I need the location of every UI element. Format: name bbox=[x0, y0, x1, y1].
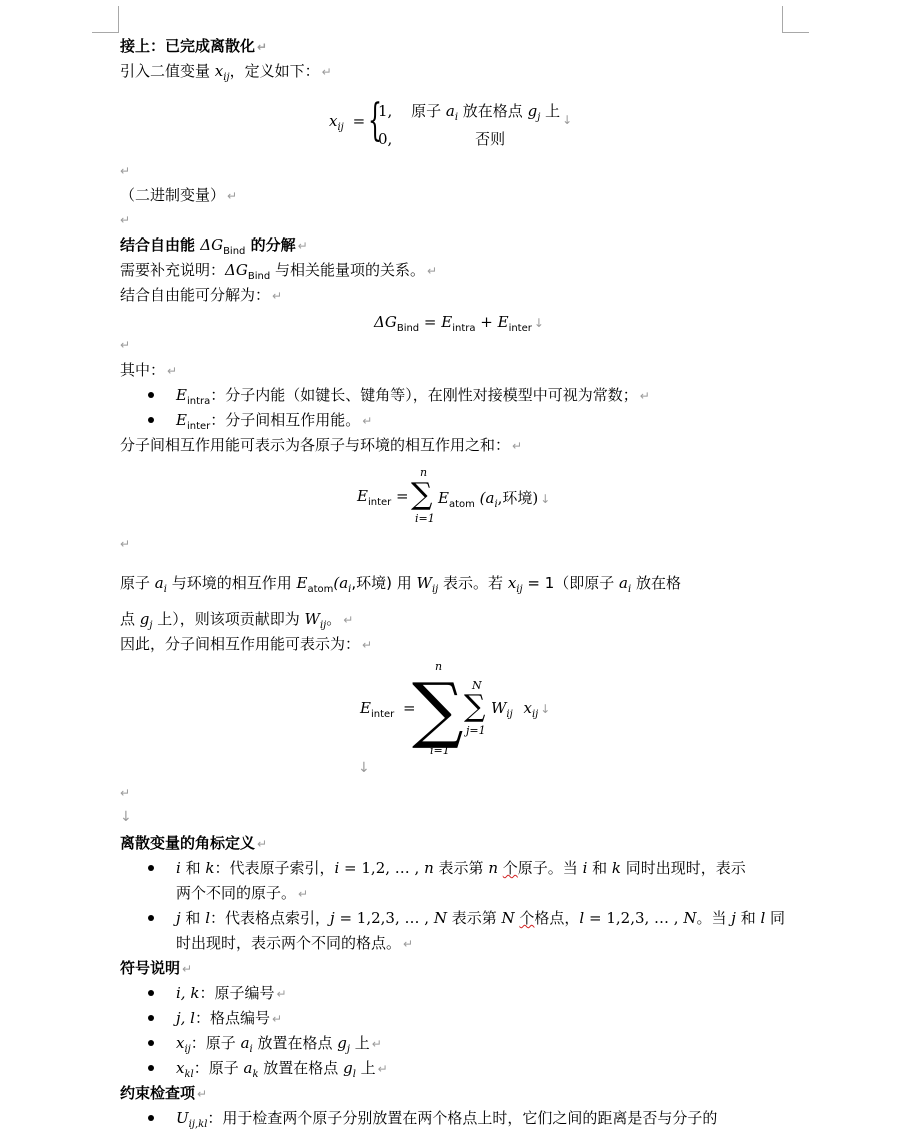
bullet-icon bbox=[148, 1115, 154, 1121]
bullet-icon bbox=[148, 1065, 154, 1071]
paragraph-mark-icon: ↵ bbox=[298, 887, 308, 901]
text: 否则 bbox=[475, 130, 505, 148]
math-var: U bbox=[176, 1109, 189, 1127]
math-var: i, k bbox=[176, 984, 199, 1002]
math-var: E bbox=[357, 487, 368, 505]
math-var: E bbox=[441, 313, 452, 331]
text: 原子。当 bbox=[518, 859, 583, 877]
where-label: 其中：↵ bbox=[120, 360, 177, 380]
text: 原子 bbox=[411, 102, 446, 120]
text: ：格点编号 bbox=[195, 1009, 270, 1027]
math-var: g bbox=[140, 610, 150, 628]
math-sub: Bind bbox=[397, 323, 419, 334]
paragraph-mark-icon: ↵ bbox=[257, 837, 267, 851]
paragraph-mark-icon: ↵ bbox=[272, 1012, 282, 1026]
math-var: a bbox=[155, 574, 164, 592]
line-break-only: ↓ bbox=[120, 806, 132, 826]
math-sub: inter bbox=[509, 323, 532, 334]
math-text: = 1,2,3, … , bbox=[335, 909, 434, 927]
page-corner-mark-top-right bbox=[782, 6, 809, 33]
math-var: ΔG bbox=[225, 261, 248, 279]
paragraph-mark-icon: ↵ bbox=[257, 40, 267, 54]
math-sub: atom bbox=[449, 499, 475, 510]
math-var: n bbox=[424, 859, 434, 877]
math-var: g bbox=[343, 1059, 353, 1077]
math-var: E bbox=[438, 489, 449, 507]
math-var: N bbox=[434, 909, 447, 927]
spellcheck-flagged-text: 个 bbox=[503, 859, 518, 877]
text: = 1（即原子 bbox=[523, 574, 619, 592]
paragraph-mark-icon: ↵ bbox=[640, 389, 650, 403]
heading-index-definition: 离散变量的角标定义↵ bbox=[120, 833, 267, 853]
paragraph-mark-icon: ↵ bbox=[197, 1087, 207, 1101]
math-var: x bbox=[508, 574, 516, 592]
paragraph-mark-icon: ↵ bbox=[403, 937, 413, 951]
paragraph-mark-icon: ↵ bbox=[276, 987, 286, 1001]
paragraph-mark-icon: ↵ bbox=[362, 414, 372, 428]
text: 放置在格点 bbox=[259, 1059, 344, 1077]
cases-row-1: 1, 原子 ai 放在格点 gj 上↓ bbox=[378, 100, 572, 127]
paragraph-mark-icon: ↵ bbox=[120, 213, 130, 227]
line-break-glyph: ↓ bbox=[358, 760, 370, 776]
sum-lower-limit: i=1 bbox=[415, 512, 435, 525]
supplement-paragraph: 需要补充说明：ΔGBind 与相关能量项的关系。↵ bbox=[120, 260, 437, 280]
paragraph-mark-icon: ↵ bbox=[120, 338, 130, 352]
bullet-icon bbox=[148, 392, 154, 398]
math-text: = 1,2, … , bbox=[339, 859, 424, 877]
equals-sign: = bbox=[353, 112, 366, 130]
bullet-icon bbox=[148, 865, 154, 871]
math-sub: Bind bbox=[248, 271, 270, 282]
text: 需要补充说明： bbox=[120, 261, 225, 279]
math-sub: intra bbox=[452, 323, 475, 334]
text: 表示。若 bbox=[438, 574, 508, 592]
text: ：代表格点索引， bbox=[210, 909, 330, 927]
heading-discretization: 接上：已完成离散化↵ bbox=[120, 36, 267, 56]
text: 离散变量的角标定义 bbox=[120, 834, 255, 852]
math-var: E bbox=[360, 699, 371, 717]
math-var: g bbox=[528, 102, 538, 120]
binary-note: （二进制变量）↵ bbox=[120, 185, 237, 205]
text: 上 bbox=[350, 1034, 370, 1052]
atom-interaction-paragraph-line2: 点 gj 上），则该项贡献即为 Wij。↵ bbox=[120, 609, 353, 629]
text: 引入二值变量 bbox=[120, 62, 215, 80]
math-var: N bbox=[683, 909, 696, 927]
math-args: (a bbox=[480, 489, 495, 507]
math-var: a bbox=[619, 574, 628, 592]
math-args: ,环境) bbox=[498, 489, 539, 507]
case-value: 0, bbox=[378, 130, 392, 148]
text: ：代表原子索引， bbox=[214, 859, 334, 877]
paragraph-mark-icon: ↵ bbox=[298, 239, 308, 253]
math-var: E bbox=[176, 386, 187, 404]
cases-row-2: 0, 否则 bbox=[378, 128, 505, 149]
large-summation-icon: ∑ bbox=[412, 673, 463, 745]
math-sub: kl bbox=[184, 1069, 193, 1080]
text: 放置在格点 bbox=[253, 1034, 338, 1052]
text: 同时出现时，表示 bbox=[621, 859, 746, 877]
list-item-grid-index-line1: j 和 l：代表格点索引，j = 1,2,3, … , N 表示第 N 个格点，… bbox=[176, 908, 785, 928]
math-var: ΔG bbox=[374, 313, 397, 331]
text: 上 bbox=[356, 1059, 376, 1077]
text: 。当 bbox=[696, 909, 731, 927]
paragraph-mark-icon: ↵ bbox=[120, 164, 130, 178]
text: 时出现时，表示两个不同的格点。 bbox=[176, 934, 401, 952]
line-break-icon: ↓ bbox=[540, 492, 550, 506]
equation-inter-term: Eatom (ai,环境)↓ bbox=[438, 487, 550, 510]
math-var: k bbox=[612, 859, 621, 877]
line-break-icon: ↓ bbox=[562, 113, 572, 127]
empty-paragraph: ↵ bbox=[120, 160, 130, 180]
math-sub: ij bbox=[532, 709, 538, 720]
math-sub: inter bbox=[187, 421, 210, 432]
case-value: 1, bbox=[378, 102, 392, 120]
empty-paragraph: ↵ bbox=[120, 782, 130, 802]
paragraph-mark-icon: ↵ bbox=[372, 1037, 382, 1051]
text: 表示第 bbox=[447, 909, 502, 927]
text: 点 bbox=[120, 610, 140, 628]
math-var: g bbox=[337, 1034, 347, 1052]
list-item-grid-index-line2: 时出现时，表示两个不同的格点。↵ bbox=[176, 933, 413, 953]
text: 原子 bbox=[120, 574, 155, 592]
text: ,环境) 用 bbox=[351, 574, 416, 592]
list-item-x-ij: xij：原子 ai 放置在格点 gj 上↵ bbox=[176, 1033, 382, 1053]
bullet-icon bbox=[148, 1015, 154, 1021]
line-break-icon: ↓ bbox=[120, 809, 132, 825]
text: 符号说明 bbox=[120, 959, 180, 977]
text: ：分子内能（如键长、键角等），在刚性对接模型中可视为常数； bbox=[210, 386, 638, 404]
bullet-icon bbox=[148, 1040, 154, 1046]
math-sub: Bind bbox=[223, 246, 245, 257]
equation-binding-decomposition: ΔGBind = Eintra + Einter↓ bbox=[374, 313, 544, 334]
empty-paragraph: ↵ bbox=[120, 209, 130, 229]
text: ：原子 bbox=[194, 1059, 244, 1077]
bullet-icon bbox=[148, 990, 154, 996]
math-sub: ij bbox=[506, 709, 512, 720]
list-item-atom-index-line2: 两个不同的原子。↵ bbox=[176, 883, 308, 903]
text: 约束检查项 bbox=[120, 1084, 195, 1102]
text: 放在格 bbox=[631, 574, 681, 592]
list-item-e-intra: Eintra：分子内能（如键长、键角等），在刚性对接模型中可视为常数；↵ bbox=[176, 385, 650, 405]
text: 格点， bbox=[534, 909, 579, 927]
heading-binding-energy: 结合自由能 ΔGBind 的分解↵ bbox=[120, 235, 308, 255]
math-args: (a bbox=[333, 574, 348, 592]
inner-sum-lower-limit: j=1 bbox=[466, 724, 486, 737]
math-var: W bbox=[417, 574, 432, 592]
math-sub: ij bbox=[337, 122, 343, 133]
list-item-atom-number: i, k：原子编号↵ bbox=[176, 983, 287, 1003]
math-sub: inter bbox=[371, 709, 394, 720]
text: ：用于检查两个原子分别放置在两个格点上时，它们之间的距离是否与分子的 bbox=[207, 1109, 717, 1127]
inter-sum-intro: 分子间相互作用能可表示为各原子与环境的相互作用之和：↵ bbox=[120, 435, 522, 455]
text: 和 bbox=[587, 859, 612, 877]
math-sub: inter bbox=[368, 497, 391, 508]
text: 两个不同的原子。 bbox=[176, 884, 296, 902]
cases-equation-lhs: xij = bbox=[329, 112, 365, 133]
text: ：原子编号 bbox=[199, 984, 274, 1002]
line-break-icon: ↓ bbox=[540, 702, 550, 716]
bullet-icon bbox=[148, 915, 154, 921]
text: 上 bbox=[540, 102, 560, 120]
text: ，定义如下： bbox=[230, 62, 320, 80]
list-item-grid-number: j, l：格点编号↵ bbox=[176, 1008, 282, 1028]
summation-icon: ∑ bbox=[411, 480, 432, 510]
page-corner-mark-top-left bbox=[92, 6, 119, 33]
paragraph-mark-icon: ↵ bbox=[227, 189, 237, 203]
intro-paragraph: 引入二值变量 xij，定义如下：↵ bbox=[120, 61, 332, 81]
text: 上），则该项贡献即为 bbox=[153, 610, 305, 628]
summation-icon: ∑ bbox=[464, 692, 485, 722]
empty-paragraph: ↵ bbox=[120, 334, 130, 354]
math-sub: atom bbox=[307, 584, 333, 595]
equals-sign: = bbox=[419, 313, 441, 331]
line-break-icon: ↓ bbox=[358, 758, 370, 776]
therefore-paragraph: 因此，分子间相互作用能可表示为：↵ bbox=[120, 634, 372, 654]
math-var: E bbox=[498, 313, 509, 331]
bullet-icon bbox=[148, 417, 154, 423]
text: （二进制变量） bbox=[120, 186, 225, 204]
math-var: a bbox=[446, 102, 455, 120]
paragraph-mark-icon: ↵ bbox=[362, 638, 372, 652]
math-sub: intra bbox=[187, 396, 210, 407]
paragraph-mark-icon: ↵ bbox=[322, 65, 332, 79]
paragraph-mark-icon: ↵ bbox=[272, 289, 282, 303]
list-item-x-kl: xkl：原子 ak 放置在格点 gl 上↵ bbox=[176, 1058, 388, 1078]
list-item-atom-index-line1: i 和 k：代表原子索引，i = 1,2, … , n 表示第 n 个原子。当 … bbox=[176, 858, 746, 878]
math-var: n bbox=[488, 859, 498, 877]
atom-interaction-paragraph-line1: 原子 ai 与环境的相互作用 Eatom(ai,环境) 用 Wij 表示。若 x… bbox=[120, 573, 681, 593]
math-var: W bbox=[491, 699, 506, 717]
math-sub: ij,kl bbox=[189, 1119, 208, 1130]
equation-double-sum-lhs: Einter = bbox=[360, 699, 416, 720]
text: 结合自由能 bbox=[120, 236, 200, 254]
text: ：分子间相互作用能。 bbox=[210, 411, 360, 429]
text: 因此，分子间相互作用能可表示为： bbox=[120, 635, 360, 653]
text: 放在格点 bbox=[458, 102, 528, 120]
equation-double-sum-term: Wij xij↓ bbox=[491, 699, 550, 720]
text: 表示第 bbox=[434, 859, 489, 877]
heading-constraint-check: 约束检查项↵ bbox=[120, 1083, 207, 1103]
paragraph-mark-icon: ↵ bbox=[512, 439, 522, 453]
text: 和 bbox=[181, 909, 206, 927]
math-var: x bbox=[524, 699, 532, 717]
paragraph-mark-icon: ↵ bbox=[182, 962, 192, 976]
paragraph-mark-icon: ↵ bbox=[120, 786, 130, 800]
text: 其中： bbox=[120, 361, 165, 379]
math-var: E bbox=[176, 411, 187, 429]
equals-sign: = bbox=[396, 487, 409, 505]
list-item-u-ijkl: Uij,kl：用于检查两个原子分别放置在两个格点上时，它们之间的距离是否与分子的 bbox=[176, 1108, 717, 1128]
text: 和 bbox=[736, 909, 761, 927]
math-var: a bbox=[241, 1034, 250, 1052]
empty-paragraph: ↵ bbox=[120, 533, 130, 553]
paragraph-mark-icon: ↵ bbox=[167, 364, 177, 378]
math-var: W bbox=[305, 610, 320, 628]
equation-inter-lhs: Einter = bbox=[357, 487, 409, 508]
text: 同 bbox=[765, 909, 785, 927]
line-break-icon: ↓ bbox=[534, 316, 544, 330]
paragraph-mark-icon: ↵ bbox=[120, 537, 130, 551]
spellcheck-flagged-text: 个 bbox=[519, 909, 534, 927]
text: 的分解 bbox=[245, 236, 295, 254]
heading-symbol-notes: 符号说明↵ bbox=[120, 958, 192, 978]
math-var: ΔG bbox=[200, 236, 223, 254]
text: ：原子 bbox=[191, 1034, 241, 1052]
math-text: = 1,2,3, … , bbox=[584, 909, 683, 927]
text: 与环境的相互作用 bbox=[167, 574, 297, 592]
math-var: x bbox=[215, 62, 223, 80]
decompose-intro: 结合自由能可分解为：↵ bbox=[120, 285, 282, 305]
text: 分子间相互作用能可表示为各原子与环境的相互作用之和： bbox=[120, 436, 510, 454]
text: 结合自由能可分解为： bbox=[120, 286, 270, 304]
text: 与相关能量项的关系。 bbox=[270, 261, 425, 279]
math-var: j, l bbox=[176, 1009, 195, 1027]
text: 。 bbox=[326, 610, 341, 628]
list-item-e-inter: Einter：分子间相互作用能。↵ bbox=[176, 410, 372, 430]
paragraph-mark-icon: ↵ bbox=[343, 613, 353, 627]
paragraph-mark-icon: ↵ bbox=[378, 1062, 388, 1076]
plus-sign: + bbox=[476, 313, 498, 331]
heading-text: 接上：已完成离散化 bbox=[120, 37, 255, 55]
outer-sum-lower-limit: i=1 bbox=[430, 744, 450, 757]
math-var: E bbox=[296, 574, 307, 592]
text: 和 bbox=[181, 859, 206, 877]
paragraph-mark-icon: ↵ bbox=[427, 264, 437, 278]
math-var: N bbox=[501, 909, 514, 927]
